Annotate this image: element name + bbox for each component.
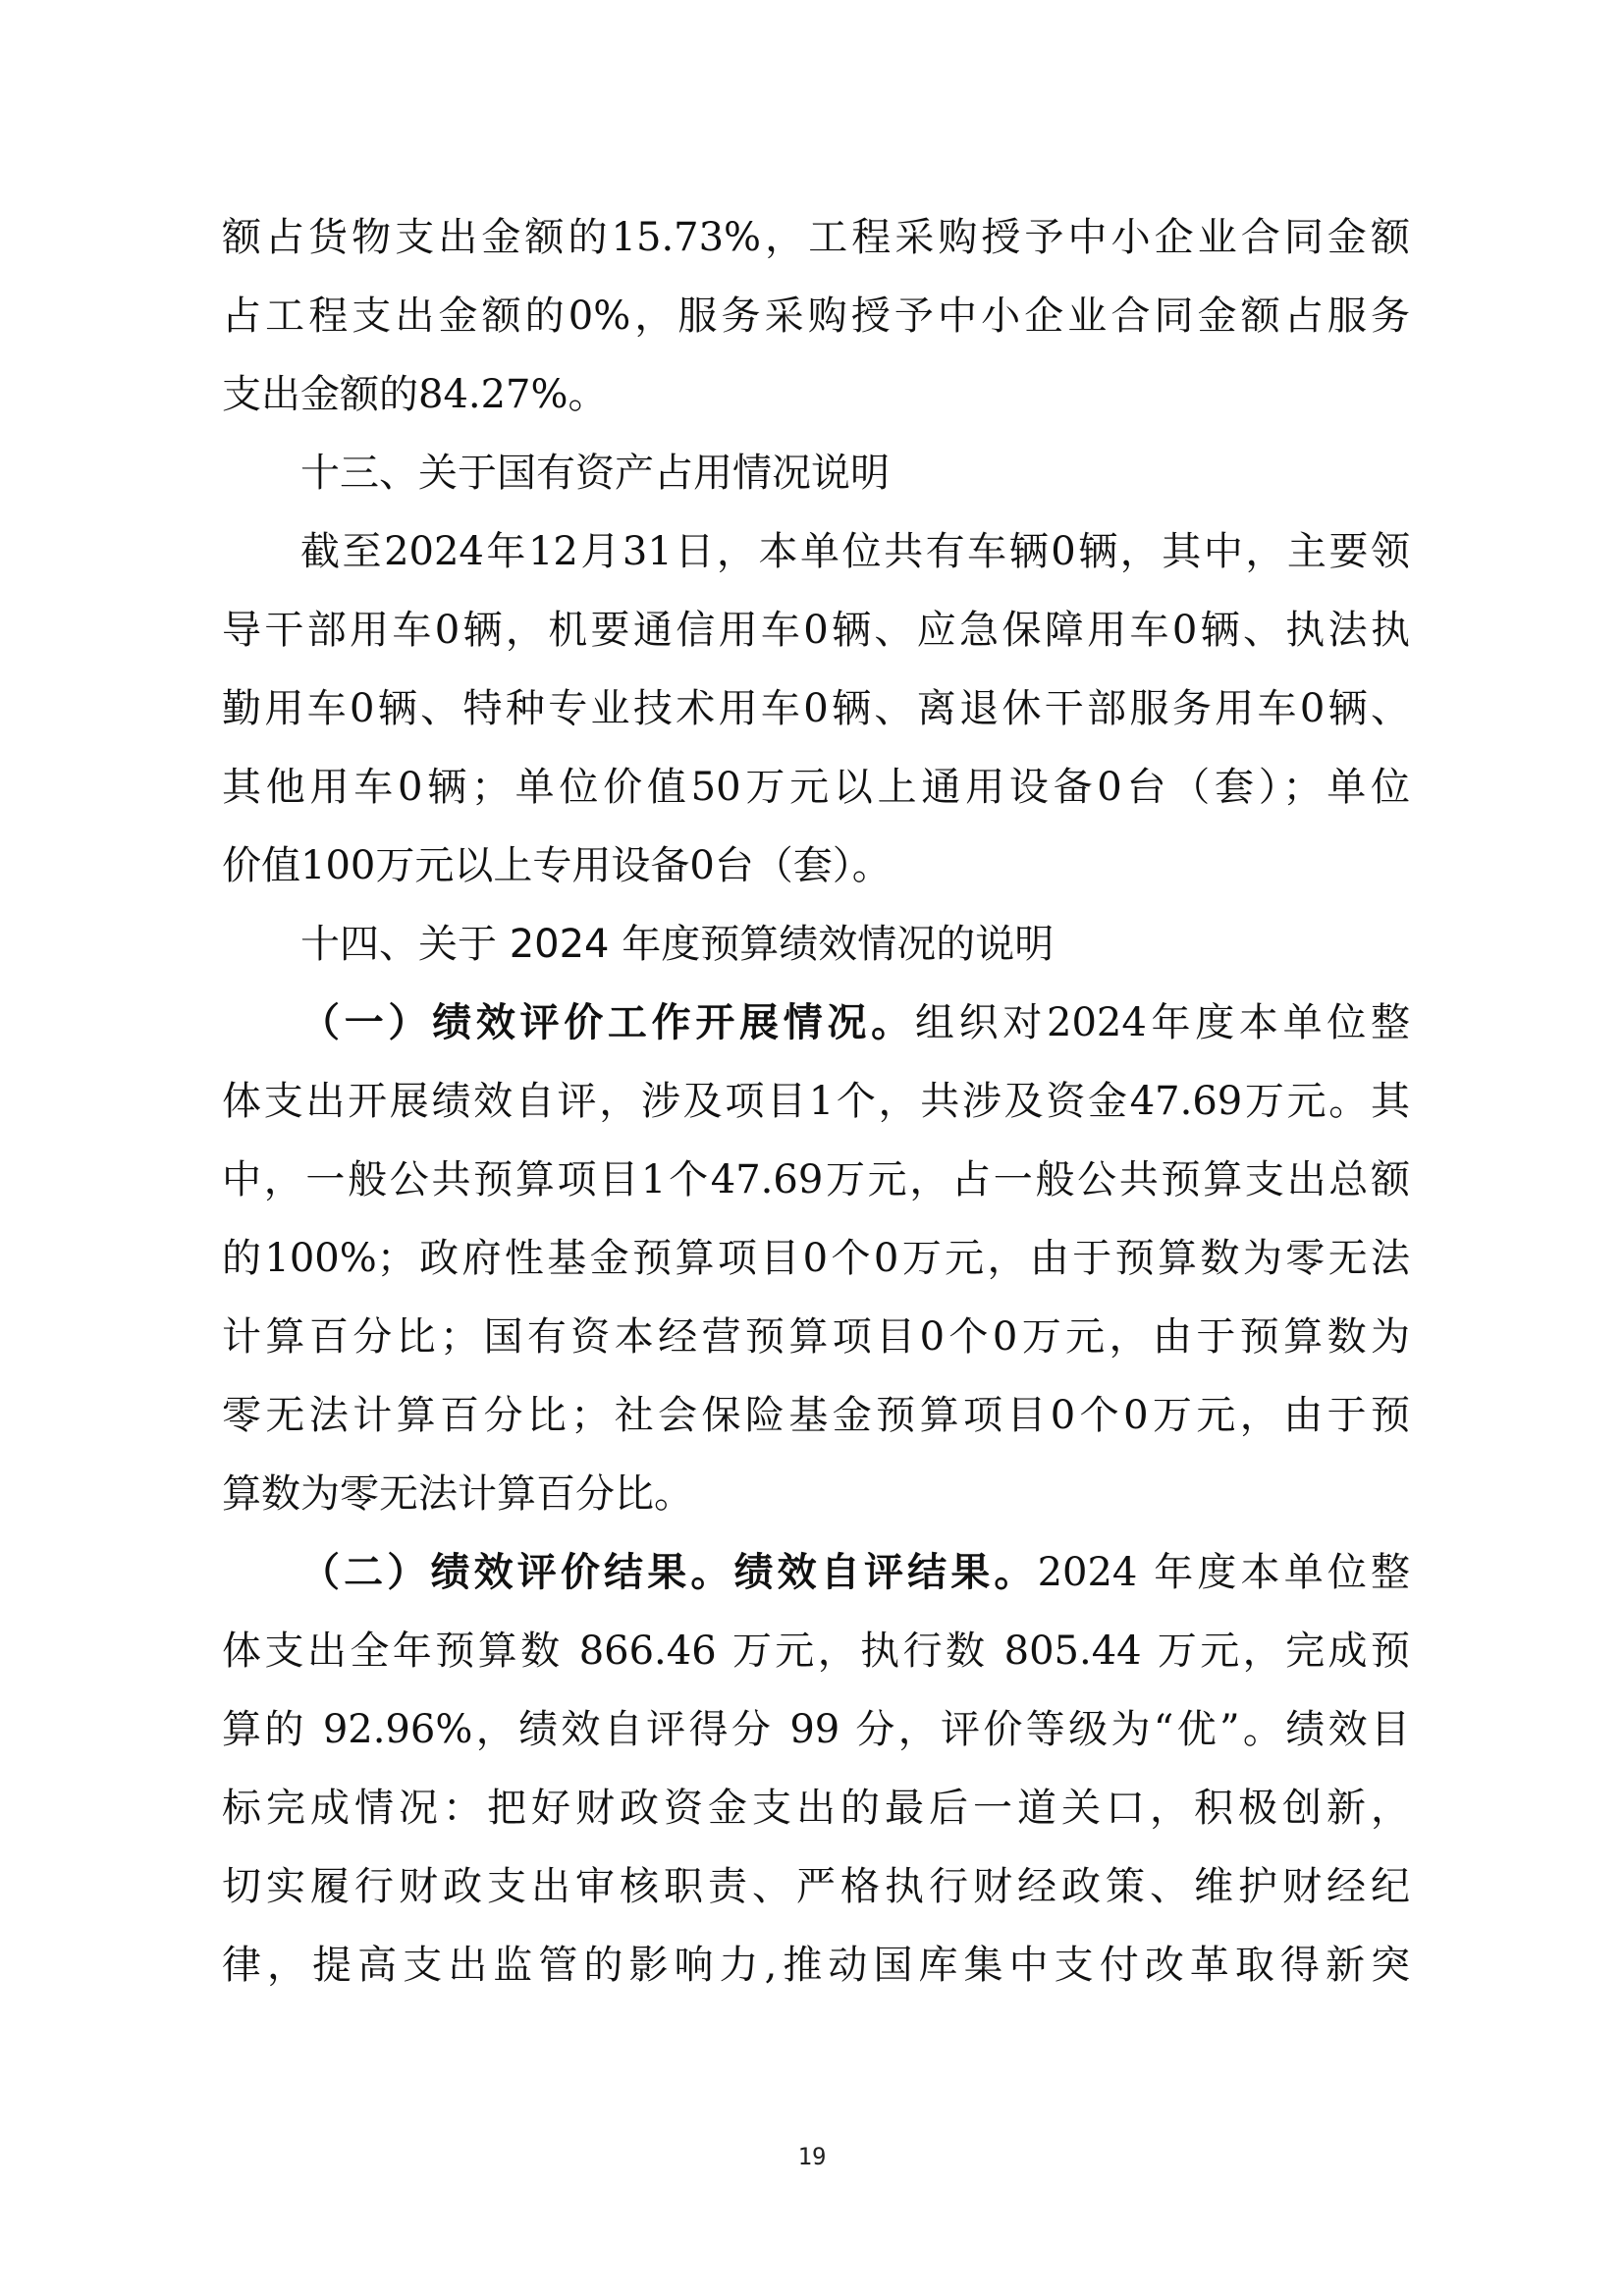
paragraph-line: 勤用车0辆、特种专业技术用车0辆、离退休干部服务用车0辆、 bbox=[222, 683, 1410, 734]
paragraph-line: 支出金额的84.27%。 bbox=[222, 369, 1410, 420]
paragraph-line: 标完成情况：把好财政资金支出的最后一道关口，积极创新， bbox=[222, 1783, 1410, 1834]
paragraph-line: 额占货物支出金额的15.73%，工程采购授予中小企业合同金额 bbox=[222, 212, 1410, 263]
subsection-1-first-line: （一）绩效评价工作开展情况。组织对2024年度本单位整 bbox=[300, 997, 1410, 1048]
paragraph-text: 组织对2024年度本单位整 bbox=[915, 1000, 1410, 1045]
paragraph-line: 占工程支出金额的0%，服务采购授予中小企业合同金额占服务 bbox=[222, 291, 1410, 342]
paragraph-line: 截至2024年12月31日，本单位共有车辆0辆，其中，主要领 bbox=[300, 526, 1410, 577]
subsection-2-first-line: （二）绩效评价结果。绩效自评结果。2024 年度本单位整 bbox=[300, 1547, 1410, 1598]
paragraph-line: 中，一般公共预算项目1个47.69万元，占一般公共预算支出总额 bbox=[222, 1154, 1410, 1205]
paragraph-text: 2024 年度本单位整 bbox=[1038, 1550, 1410, 1595]
paragraph-line: 体支出开展绩效自评，涉及项目1个，共涉及资金47.69万元。其 bbox=[222, 1076, 1410, 1127]
paragraph-line: 计算百分比；国有资本经营预算项目0个0万元，由于预算数为 bbox=[222, 1311, 1410, 1362]
section-heading-14: 十四、关于 2024 年度预算绩效情况的说明 bbox=[300, 919, 1410, 970]
subsection-title-2: （二）绩效评价结果。绩效自评结果。 bbox=[300, 1550, 1038, 1595]
subsection-title-1: （一）绩效评价工作开展情况。 bbox=[300, 1000, 915, 1045]
section-heading-13: 十三、关于国有资产占用情况说明 bbox=[300, 448, 1410, 499]
paragraph-line: 价值100万元以上专用设备0台（套）。 bbox=[222, 840, 1410, 891]
paragraph-line: 切实履行财政支出审核职责、严格执行财经政策、维护财经纪 bbox=[222, 1861, 1410, 1912]
paragraph-line: 算数为零无法计算百分比。 bbox=[222, 1468, 1410, 1520]
paragraph-line: 算的 92.96%，绩效自评得分 99 分，评价等级为“优”。绩效目 bbox=[222, 1704, 1410, 1755]
paragraph-line: 的100%；政府性基金预算项目0个0万元，由于预算数为零无法 bbox=[222, 1233, 1410, 1284]
paragraph-line: 体支出全年预算数 866.46 万元，执行数 805.44 万元，完成预 bbox=[222, 1626, 1410, 1677]
page-number: 19 bbox=[0, 2143, 1624, 2170]
paragraph-line: 其他用车0辆；单位价值50万元以上通用设备0台（套）；单位 bbox=[222, 762, 1410, 813]
paragraph-line: 律，提高支出监管的影响力,推动国库集中支付改革取得新突 bbox=[222, 1940, 1410, 1991]
paragraph-line: 导干部用车0辆，机要通信用车0辆、应急保障用车0辆、执法执 bbox=[222, 605, 1410, 656]
paragraph-line: 零无法计算百分比；社会保险基金预算项目0个0万元，由于预 bbox=[222, 1390, 1410, 1441]
